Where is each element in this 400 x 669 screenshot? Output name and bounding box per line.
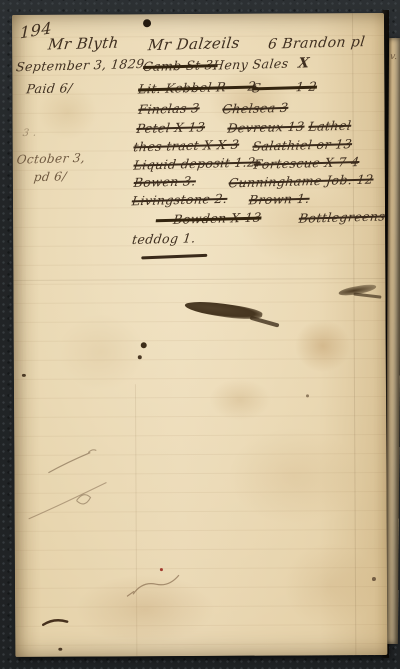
manuscript-page: 194 Mr Blyth Mr Dalzeils 6 Brandon pl Se… — [12, 13, 387, 657]
adjacent-page-mark: v. — [389, 52, 398, 62]
scanned-ledger-photo: v. 194 Mr Blyth Mr Dalzeils 6 Brandon pl… — [0, 0, 400, 669]
pencil-marks-svg — [12, 13, 387, 657]
